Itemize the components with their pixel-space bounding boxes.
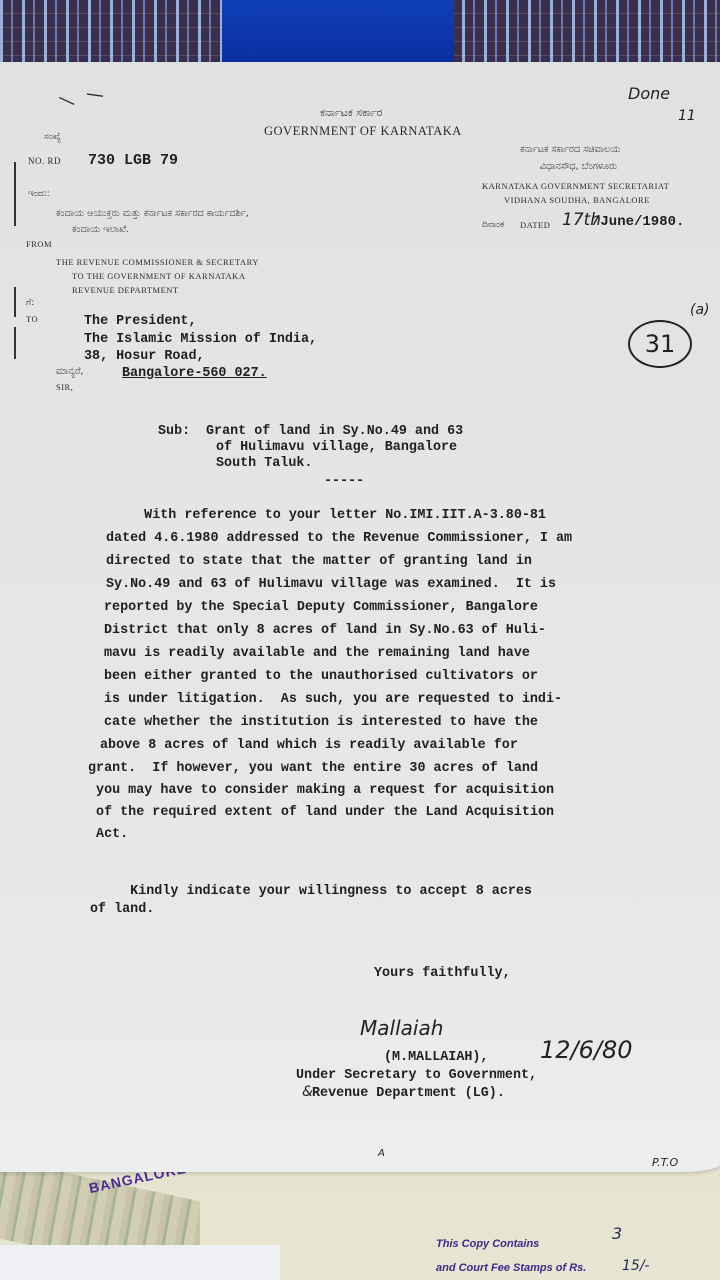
pen-mark: —	[85, 83, 106, 106]
valediction: Yours faithfully,	[374, 966, 511, 981]
from-line-2: TO THE GOVERNMENT OF KARNATAKA	[72, 271, 245, 281]
date-value: /June/1980.	[592, 214, 684, 230]
kannada-from-line1: ಕಂದಾಯ ಆಯುಕ್ತರು ಮತ್ತು ಕರ್ನಾಟಕ ಸರ್ಕಾರದ ಕಾರ…	[56, 208, 249, 219]
from-line-3: REVENUE DEPARTMENT	[72, 285, 179, 295]
body-line: dated 4.6.1980 addressed to the Revenue …	[106, 531, 572, 546]
kannada-government-title: ಕರ್ನಾಟಕ ಸರ್ಕಾರ	[320, 106, 382, 120]
margin-mark	[14, 287, 16, 317]
kannada-from-label: ಇಂದ::	[28, 189, 50, 199]
body-line: District that only 8 acres of land in Sy…	[104, 623, 546, 638]
kannada-secretariat-line1: ಕರ್ನಾಟಕ ಸರ್ಕಾರದ ಸಚಿವಾಲಯ	[520, 144, 620, 155]
from-line-1: THE REVENUE COMMISSIONER & SECRETARY	[56, 257, 259, 267]
body-line: is under litigation. As such, you are re…	[104, 692, 562, 707]
salutation: SIR,	[56, 382, 73, 392]
handwritten-count: 3	[612, 1224, 622, 1243]
circled-page-number: 31	[628, 320, 692, 368]
kannada-to-label: ಗೆ:	[26, 298, 34, 308]
kannada-number-label: ಸಂಖ್ಯೆ	[44, 132, 61, 142]
body-line: With reference to your letter No.IMI.IIT…	[104, 508, 546, 523]
circled-number-text: 31	[645, 330, 676, 358]
body-line: grant. If however, you want the entire 3…	[88, 761, 538, 776]
body-line: of land.	[90, 902, 154, 917]
kannada-date-label: ದಿನಾಂಕ	[482, 220, 504, 230]
signatory-title-line2: Revenue Department (LG).	[312, 1086, 505, 1101]
cloth-blue-band	[222, 0, 454, 64]
body-line: Kindly indicate your willingness to acce…	[90, 884, 532, 899]
subject-label: Sub:	[158, 424, 190, 439]
kannada-salutation: ಮಾನ್ಯರೆ,	[56, 366, 83, 377]
secretariat-line1: KARNATAKA GOVERNMENT SECRETARIAT	[482, 181, 669, 191]
addressee-line-3: 38, Hosur Road,	[84, 349, 205, 364]
body-line: mavu is readily available and the remain…	[104, 646, 530, 661]
signature-date: 12/6/80	[540, 1036, 633, 1064]
signatory-title-line1: Under Secretary to Government,	[296, 1068, 537, 1083]
signatory-name: (M.MALLAIAH),	[384, 1050, 488, 1065]
body-line: directed to state that the matter of gra…	[106, 554, 532, 569]
from-label: FROM	[26, 239, 52, 249]
kannada-from-line2: ಕಂದಾಯ ಇಲಾಖೆ.	[72, 224, 129, 235]
addressee-line-1: The President,	[84, 314, 197, 329]
subject-line-3: South Taluk.	[216, 456, 312, 471]
copy-stamp-line2: and Court Fee Stamps of Rs.	[436, 1262, 586, 1274]
addressee-line-2: The Islamic Mission of India,	[84, 332, 317, 347]
body-line: Sy.No.49 and 63 of Hulimavu village was …	[106, 577, 556, 592]
body-line: reported by the Special Deputy Commissio…	[104, 600, 538, 615]
subject-line-2: of Hulimavu village, Bangalore	[216, 440, 457, 455]
signature: Mallaiah	[360, 1016, 443, 1040]
body-line: you may have to consider making a reques…	[88, 783, 554, 798]
handwritten-fee: 15/-	[622, 1258, 650, 1274]
body-line: been either granted to the unauthorised …	[104, 669, 538, 684]
reference-number: 730 LGB 79	[88, 152, 178, 169]
kannada-secretariat-line2: ವಿಧಾನಸೌಧ, ಬೆಂಗಳೂರು	[540, 161, 617, 172]
date-label: DATED	[520, 220, 550, 230]
letter-sheet: — — ಕರ್ನಾಟಕ ಸರ್ಕಾರ GOVERNMENT OF KARNATA…	[0, 62, 720, 1172]
underlying-white-sheet	[0, 1245, 280, 1280]
reference-label: NO. RD	[28, 156, 61, 166]
handwritten-mark: 11	[678, 108, 696, 124]
body-line: cate whether the institution is interest…	[104, 715, 538, 730]
pto-mark: P.T.O	[652, 1156, 678, 1169]
secretariat-line2: VIDHANA SOUDHA, BANGALORE	[504, 195, 650, 205]
subject-line-1: Grant of land in Sy.No.49 and 63	[206, 424, 463, 439]
body-line: Act.	[88, 827, 128, 842]
margin-mark	[14, 327, 16, 359]
copy-stamp-line1: This Copy Contains	[436, 1238, 539, 1250]
to-label: TO	[26, 314, 38, 324]
handwritten-done: Done	[628, 84, 670, 103]
bottom-mark: A	[378, 1148, 385, 1159]
government-title: GOVERNMENT OF KARNATAKA	[264, 124, 462, 139]
pen-mark: —	[54, 87, 79, 114]
body-line: of the required extent of land under the…	[88, 805, 554, 820]
subject-separator: -----	[324, 474, 364, 489]
addressee-line-4: Bangalore-560 027.	[122, 366, 267, 381]
margin-mark	[14, 184, 16, 226]
circled-number-suffix: (a)	[690, 302, 710, 318]
background-cloth	[0, 0, 720, 70]
body-line: above 8 acres of land which is readily a…	[100, 738, 518, 753]
